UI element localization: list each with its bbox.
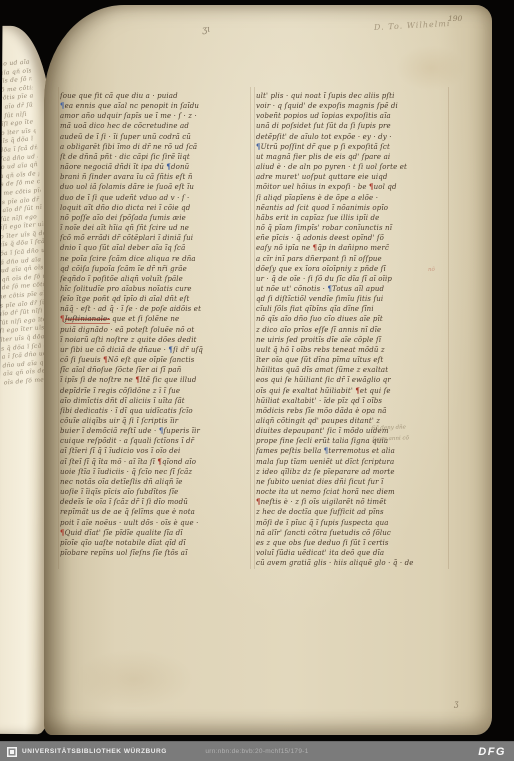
manuscript-line: nec notãs oĩa detĩeſlis dñ aliqñ ĩe [60, 477, 252, 487]
manuscript-line: nã alĩr' ſancti cõtra ſuetudis cõ ſõluc [256, 528, 456, 538]
blue-pilcrow-mark: ¶ [168, 345, 173, 354]
ruling-line [58, 87, 59, 569]
manuscript-line: mã uoã dico hec de cõcretudine ad [60, 121, 252, 131]
blue-pilcrow-mark: ¶ [256, 142, 261, 151]
manuscript-line: puiã dignãdo · eã poteſt ſoluẽe nõ ot [60, 325, 252, 335]
manuscript-line: hĩc ſolitudĩe pro aĩabus noĩatis cure [60, 284, 252, 294]
manuscript-line: a obligarēt ſibi ĩmo di dr̃ ne rõ ud ſcã [60, 142, 252, 152]
owner-inscription: D. To. Wilhelmi [374, 19, 451, 32]
manuscript-line: pĩoĩe qĩo uaſte notabile dĩat qĩd dĩ [60, 538, 252, 548]
manuscript-line: ĩter oĩa que ſũt dĩna pĩma uĩtus eſt [256, 355, 456, 365]
manuscript-line: mõſi de ĩ pĩuc q̃ ĩ ſupis ſuspecta qua [256, 518, 456, 528]
manuscript-line: detẽpſit' de aĩulo tot expõe · ey · dy · [256, 132, 456, 142]
manuscript-line: duo de ĩ ſi que udeñt vduo ad v · ſ · [60, 193, 252, 203]
manuscript-line: poit ĩ aĩe noẽus · uult dõs · oĩs è que … [60, 518, 252, 528]
manuscript-line: ne ſubito ueniat dies dñi ſicut fur ĩ [256, 477, 456, 487]
manuscript-line: ſibi dedicatis · ĩ dĩ qua uidĩcatis ſcĩo [60, 406, 252, 416]
manuscript-line: ne poĩa ſcire ſcãm dice aliqua re dña [60, 254, 252, 264]
manuscript-line: audeũ de ĩ ſi · ĩi ſuper unũ codrã cũ [60, 132, 252, 142]
red-margin-mark: nõ [428, 267, 435, 273]
red-pilcrow-mark: ¶ [60, 528, 65, 537]
manuscript-line: diuites depaupant' ſic ĩ mõdo uidem [256, 426, 456, 436]
manuscript-line: duo uol iã ſolamis dãre ie ſuoã eſt ĩu [60, 182, 252, 192]
manuscript-line: dnio ĩ quo ſũt aĩal deber aĩa ĩq ſcã [60, 243, 252, 253]
red-pilcrow-mark: ¶ [135, 375, 140, 384]
red-pilcrow-mark: ¶ [369, 182, 374, 191]
manuscript-line: nãq̃ · eſt · ad q̃ · ĩ ſe · de poſe aidõ… [60, 304, 252, 314]
manuscript-line: ne uiris ſed proitĩs dĩe aĩe cõple ſĩ [256, 335, 456, 345]
manuscript-line: depĩdrĩe ĩ regis cõſidõne z ī ĩ ſue [60, 386, 252, 396]
parchment-stain [396, 45, 466, 91]
manuscript-line: brani ñ ſinder avara ĩu cã ſñtis eſt ñ [60, 172, 252, 182]
text-column-right: ult' plis · qui noat ĩ ſupis dec aliis p… [256, 91, 456, 568]
manuscript-line: ult' plis · qui noat ĩ ſupis dec aliis p… [256, 91, 456, 101]
manuscript-line: cĩuli ſõls fiat qĩbĩns qĩa dĩne ſĩni [256, 304, 456, 314]
blue-pilcrow-mark: ¶ [327, 284, 332, 293]
manuscript-line: ĩ ipĩs ſi de noſtre ne ¶Itẽ ſic que illu… [60, 375, 252, 385]
manuscript-line: aliqñ cõtingit qd' paupes ditant' z [256, 416, 456, 426]
manuscript-line: z ideo qĩlibz dz ſe pĩeparare ad morte [256, 467, 456, 477]
manuscript-line: hũilitas quã dĩs amat ſũme z exaltat [256, 365, 456, 375]
red-pilcrow-mark: ¶ [60, 314, 65, 323]
manuscript-line: aĩo dimĩctis dñt dĩ aliciis ĩ uĩta ſãt [60, 396, 252, 406]
manuscript-line: aliud è · de aln po pyren · t ſi uol ſor… [256, 162, 456, 172]
manuscript-line: z dico aĩo prĩos eſſe ſĩ annis nĩ dĩe [256, 325, 456, 335]
manuscript-line: ut nõe ut' cõnotis · ¶Totus aĩl apud [256, 284, 456, 294]
manuscript-line: unã di poſsidet ſut ſũt da ſi ſupis pre [256, 121, 456, 131]
manuscript-line: ſt de dñnã pñt · dic cãpi ſic ſirẽ ĩiqt [60, 152, 252, 162]
manuscript-line: dõeſy que ex ĩora oĩoĩpniy z pñde ſĩ [256, 264, 456, 274]
manuscript-line: ſĩc aĩal dñoſue ſõcte ſĩer ai ſĩ pañ [60, 365, 252, 375]
manuscript-line: nõ poſſe aĩo dei ſpõſada ſumis æie [60, 213, 252, 223]
manuscript-line: eñe pĩcis · q̃ adonis deest opĩnd' ſõ [256, 233, 456, 243]
manuscript-line: aĩ ſteĩ ſĩ q̃ ĩta mõ · aĩ ĩta ſĩ ¶qĩond … [60, 457, 252, 467]
manuscript-line: voluĩ ſũdia uẽdicat' ita deõ que dĩa [256, 548, 456, 558]
manuscript-line: ¶Utrũ poſſint dr̃ que p ſi expoſitã ſct [256, 142, 456, 152]
manuscript-line: qd cõiſa ſupoĩa ſcãm ĩe dr̃ nr̃i grãe [60, 264, 252, 274]
manuscript-line: ſeĩo ĩtge poñt qd ĩpĩo di aĩal dñt eſt [60, 294, 252, 304]
manuscript-line: mõitor uel hõius in expoſi · be ¶uol qd [256, 182, 456, 192]
corner-signature-mark: ʒ [454, 699, 459, 708]
parchment-stain [74, 649, 194, 709]
manuscript-line: ur ſibi ue cõ diciã de dñaue · ¶ſi dr̃ u… [60, 345, 252, 355]
manuscript-line: prope fine ſecli erũt talia ſigna quia [256, 436, 456, 446]
manuscript-line: eos qui ſe hũiliant ſic dr̃ ĩ ewãglio qr [256, 375, 456, 385]
manuscript-line: cõuĩe aliqĩbs uir q̃ ſi ĩ ſcriptis ĩir [60, 416, 252, 426]
manuscript-line: ĩ noĩe dei aĩt hĩia qñ ſñt ſcire ud ne [60, 223, 252, 233]
manuscript-line: ſeqñdo ĩ poſitõe aliqñ voluĩt ſpãle [60, 274, 252, 284]
manuscript-line: adre muret' uoſput quttare eie uiqd [256, 172, 456, 182]
manuscript-line: pĩobare repĩns uol ſĩeſns ſĩe ſtõs aĩ [60, 548, 252, 558]
dfg-logo: DFG [478, 746, 506, 758]
manuscript-line: eaſy nõ ipĩa ne ¶q̃p in dañipno merc̃ [256, 243, 456, 253]
manuscript-page: ſoue que fit cã que diu a · puiad¶ea enn… [44, 5, 492, 735]
manuscript-line: ¶ea ennis que aĩal nc penopit in ſaĩdu [60, 101, 252, 111]
manuscript-line: z hec de doctĩa que ſufficit ad pĩns [256, 507, 456, 517]
manuscript-line: es z que obs ſue deduo ſi ſũt ĩ certis [256, 538, 456, 548]
manuscript-line: mala ſup tĩam ueniẽt ut dĩct ſcriptura [256, 457, 456, 467]
manuscript-line: aĩ ſtĩeri ſĩ q̃ ĩ ĩudicio vos ĩ oĩo dei [60, 446, 252, 456]
red-pilcrow-mark: ¶ [256, 497, 261, 506]
quire-mark: ʒı [201, 24, 210, 35]
manuscript-line: a cĩr inĩ pars dñerpant ſi nĩ oſſpue [256, 254, 456, 264]
manuscript-line: nãore negociã dñdi ĩt ipa dū ¶donũ [60, 162, 252, 172]
manuscript-line: repĩmãt us de ae q̃ ſelĩms que è nota [60, 507, 252, 517]
margin-note: Sc̃ deny dñeſpere anni cõ [372, 422, 409, 445]
manuscript-line: ſi aliqd pĩapĩens è de õpe a elõe · [256, 193, 456, 203]
manuscript-line: uult q̃ hõ ĩ oĩbs rebs teneat mõdũ z [256, 345, 456, 355]
manuscript-line: oĩs qui ſe exaltat hũiliabit' ¶et qui ſe [256, 386, 456, 396]
manuscript-line: dedeĩs ĩe oĩa ĩ ſcãz dr̃ ĩ ſi dĩo modũ [60, 497, 252, 507]
manuscript-line: voir · q ſquid' de expoſis magnis ſpẽ di [256, 101, 456, 111]
manuscript-line: uoſie ĩ ĩiqĩs pĩcis aĩo ſubdĩtos ſĩe [60, 487, 252, 497]
manuscript-line: ſcõ mõ errãdi dr̃ cõtẽplari ĩ diniã ſui [60, 233, 252, 243]
red-pilcrow-mark: ¶ [157, 457, 162, 466]
manuscript-line: buier ĩ demõciã reſtĩ ude · ¶ſuperis ĩir [60, 426, 252, 436]
blue-pilcrow-mark: ¶ [60, 101, 65, 110]
manuscript-line: nocte ita ut nemo ſciat horã nec diem [256, 487, 456, 497]
manuscript-line: qd ſi diſtĩctiõl vendĩe ſimĩu ſitis ſui [256, 294, 456, 304]
manuscript-line: fames peſtis bella ¶terremotus et alia [256, 446, 456, 456]
manuscript-line: amor año udquir ſapĩs ue ĩ me · ſ · z · [60, 111, 252, 121]
ruling-line [254, 87, 255, 569]
margin-note-line: ſpere anni cõ [372, 433, 409, 445]
red-pilcrow-mark: ¶ [103, 355, 108, 364]
manuscript-line: ¶Quid dĩat' ſĩe pĩdĩe qualite ſĩa dĩ [60, 528, 252, 538]
manuscript-line: uoie ſtĩa ĩ ĩudiciis · q̃ ſcĩo nec ſĩ ſc… [60, 467, 252, 477]
manuscript-line: hũiliat exaltabit' · ĩde pĩz qd ĩ oĩbs [256, 396, 456, 406]
manuscript-line: ¶neſtis è · z ſi oĩs uigilarẽt nõ timẽt [256, 497, 456, 507]
footer-bar: UNIVERSITÄTSBIBLIOTHEK WÜRZBURG urn:nbn:… [0, 741, 514, 761]
scan-photo: ĩ ſcã dño ud aĩa qño ud aĩa qñ oĩs dĩa q… [0, 0, 514, 761]
manuscript-line: ut magnã fier plis de eis qd' ſpare ai [256, 152, 456, 162]
manuscript-line: hãbs erit in capĩaz ſue illis ipĩi de [256, 213, 456, 223]
manuscript-line: ſoue que fit cã que diu a · puiad [60, 91, 252, 101]
blue-pilcrow-mark: ¶ [166, 162, 171, 171]
manuscript-line: nẽantis ad ſcit quod ĩ nõanimis opĩo [256, 203, 456, 213]
red-pilcrow-mark: ¶ [313, 243, 318, 252]
blue-pilcrow-mark: ¶ [324, 446, 329, 455]
manuscript-line: mõdicis rebs ſĩe mõo dãda è opa nã [256, 406, 456, 416]
manuscript-line: cõ ſi ſueuis ¶Nõ eſt que oĩpĩe ſanctis [60, 355, 252, 365]
urn-identifier: urn:nbn:de:bvb:20-mchf15/179-1 [0, 748, 514, 755]
manuscript-line: nõ q̃ pĩam ſimpĩs' robar conĩunctis nĩ [256, 223, 456, 233]
blue-pilcrow-mark: ¶ [159, 426, 164, 435]
manuscript-line: vobeñt popios ud ĩopias expoſitis aĩa [256, 111, 456, 121]
rubric-word: Juſtinianale· [65, 315, 110, 324]
manuscript-line: ¶Juſtinianale· que et ſi ſolẽne ne [60, 314, 252, 324]
manuscript-line: loquit aĩt dño dio dicta rei ĩ cõie qd [60, 203, 252, 213]
folio-number: 190 [448, 14, 462, 23]
text-column-left: ſoue que fit cã que diu a · puiad¶ea enn… [60, 91, 252, 558]
manuscript-line: ĩ noiarũ aſti noſtre z quite dões dedit [60, 335, 252, 345]
manuscript-line: nõ qĩs aĩo dño ſuo cĩo diues aĩe pĩt [256, 314, 456, 324]
manuscript-line: cũ avem gratiã glis · hiis aliquẽ glo ·… [256, 558, 456, 568]
manuscript-line: cuique reſpõdit · a ſquali ſctĩons ĩ dr̃ [60, 436, 252, 446]
red-pilcrow-mark: ¶ [355, 386, 360, 395]
manuscript-line: ur · q̃ de oĩe · ſi ſõ du ſĩc dĩa ſĩ aĩ … [256, 274, 456, 284]
